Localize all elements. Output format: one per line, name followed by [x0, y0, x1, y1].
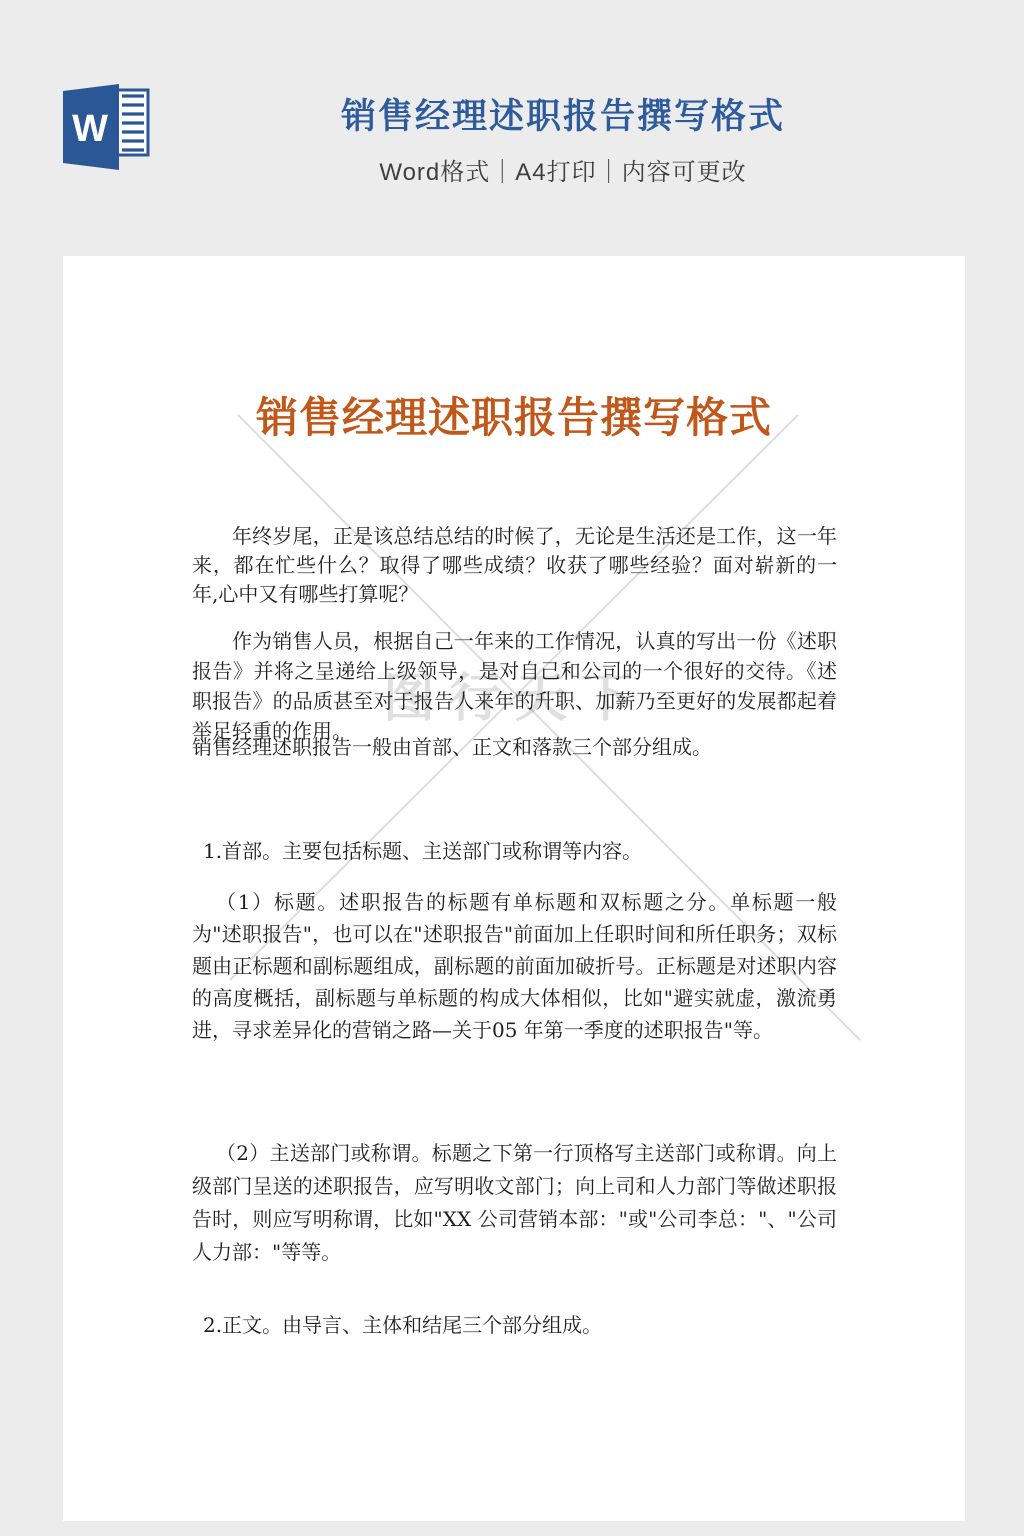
header-title: 销售经理述职报告撰写格式 [341, 96, 785, 138]
paragraph-intro: 年终岁尾，正是该总结总结的时候了，无论是生活还是工作，这一年来，都在忙些什么？取… [192, 522, 837, 609]
section-1-heading: 1.首部。主要包括标题、主送部门或称谓等内容。 [192, 836, 837, 866]
header-subtitle: Word格式｜A4打印｜内容可更改 [379, 152, 746, 187]
paragraph-title-rules: （1）标题。述职报告的标题有单标题和双标题之分。单标题一般为"述职报告"，也可以… [192, 886, 837, 1046]
paragraph-structure: 销售经理述职报告一般由首部、正文和落款三个部分组成。 [192, 732, 837, 762]
screenshot-root: { "colors":{ "bg-gray":"#ececec", "word-… [0, 0, 1024, 1536]
word-icon-page-lines [122, 96, 144, 150]
word-icon-letter: W [72, 108, 108, 150]
word-file-icon: W [62, 84, 150, 170]
header-text-block: 销售经理述职报告撰写格式 Word格式｜A4打印｜内容可更改 [152, 0, 974, 230]
document-title: 销售经理述职报告撰写格式 [63, 392, 965, 444]
paragraph-addressee-rules: （2）主送部门或称谓。标题之下第一行顶格写主送部门或称谓。向上级部门呈送的述职报… [192, 1137, 837, 1269]
document-page: 图行天下 销售经理述职报告撰写格式 年终岁尾，正是该总结总结的时候了，无论是生活… [63, 256, 965, 1521]
paragraph-purpose: 作为销售人员，根据自己一年来的工作情况，认真的写出一份《述职报告》并将之呈递给上… [192, 626, 837, 746]
section-2-heading: 2.正文。由导言、主体和结尾三个部分组成。 [192, 1310, 837, 1340]
page-header: W 销售经理述职报告撰写格式 Word格式｜A4打印｜内容可更改 [0, 0, 1024, 230]
